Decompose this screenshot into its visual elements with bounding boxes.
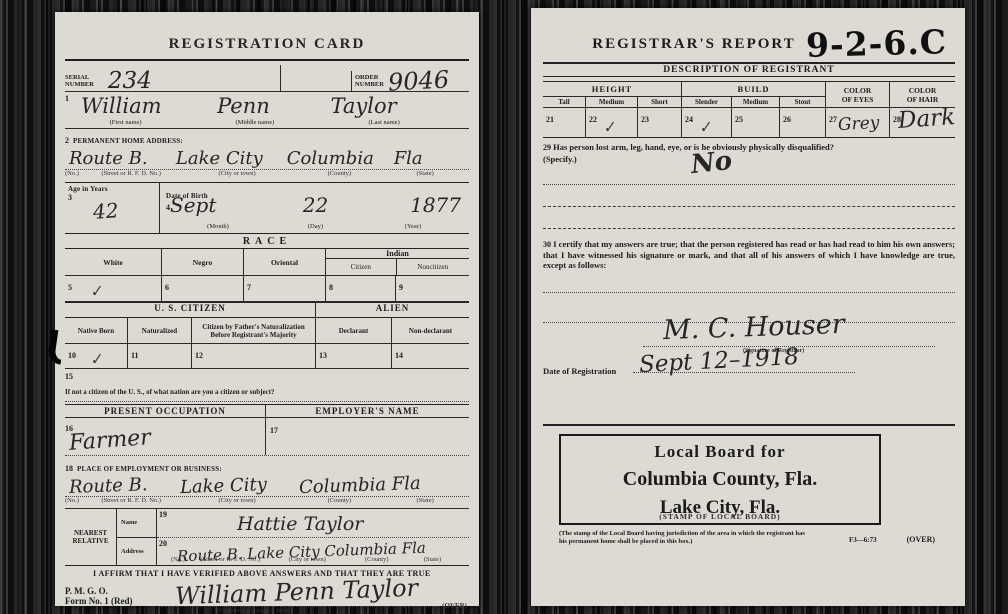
local-board-section: Local Board for Columbia County, Fla. La…	[543, 424, 955, 546]
relative-field-labels: Name Address	[117, 509, 157, 565]
address-city: Lake City	[176, 148, 287, 169]
citizen-column-headers: Native Born Naturalized Citizen by Fathe…	[65, 317, 469, 343]
item29-number: 29	[543, 143, 551, 152]
hair-label-line2: OF HAIR	[907, 95, 939, 104]
last-name-sublabel: (Last name)	[324, 119, 445, 126]
relative-name-label: Name	[117, 509, 156, 538]
citizen-number-14: 14	[395, 351, 403, 360]
occupation-value: Farmer	[68, 425, 151, 456]
place-county-state: Columbia Fla	[298, 473, 420, 498]
hair-cell: 28 Dark	[889, 107, 955, 137]
race-cell-indian-citizen: 8	[325, 276, 395, 301]
address-sublabels: (No.) (Street or R. F. D. No.) (City or …	[65, 170, 469, 179]
registrars-report-card: 9-2-6.C REGISTRAR'S REPORT DESCRIPTION O…	[531, 8, 965, 606]
relative-sublabel-city: (City or town)	[289, 556, 365, 563]
middle-name-sublabel: (Middle name)	[186, 119, 323, 126]
race-number-8: 8	[329, 283, 333, 292]
relative-sublabel-state: (State)	[424, 556, 441, 563]
address-sublabel-county: (County)	[328, 170, 417, 177]
race-cell-negro: 6	[161, 276, 243, 301]
alien-col-non-declarant: Non-declarant	[391, 318, 469, 343]
name-item-number: 1	[65, 94, 69, 103]
serial-label-line1: SERIAL	[65, 74, 94, 81]
registrant-signature: William Penn Taylor	[175, 574, 419, 610]
race-col-white: White	[65, 249, 161, 275]
height-col-medium: Medium	[585, 96, 637, 107]
signature-line	[161, 606, 439, 607]
place-sublabel-county: (County)	[328, 497, 417, 504]
registrar-certification: 30 I certify that my answers are true; t…	[543, 239, 955, 270]
order-number-cell: ORDER NUMBER 9046	[351, 71, 469, 91]
eyes-label-line1: COLOR	[844, 86, 872, 95]
address-handwriting: Route B. Lake City Columbia Fla	[65, 148, 469, 170]
address-state: Fla	[394, 148, 423, 169]
registration-card: REGISTRATION CARD SERIAL NUMBER 234 ORDE…	[55, 12, 479, 606]
race-cell-indian-noncitizen: 9	[395, 276, 469, 301]
dob-sublabels: (Month) (Day) (Year)	[170, 223, 461, 230]
employer-cell: 17	[265, 418, 469, 455]
race-col-indian-noncitizen: Noncitizen	[396, 259, 469, 275]
dob-handwriting: Sept 22 1877	[170, 193, 461, 217]
race-column-headers: White Negro Oriental Indian Citizen Nonc…	[65, 248, 469, 275]
race-col-indian-citizen: Citizen	[326, 259, 396, 275]
date-line	[633, 372, 855, 373]
item15-number: 15	[65, 372, 469, 381]
place-route: Route B.	[69, 473, 181, 498]
build-number-24: 24	[685, 115, 693, 124]
disqualification-question: 29 Has person lost arm, leg, hand, eye, …	[543, 142, 955, 229]
middle-name: Penn	[217, 94, 330, 118]
registration-card-title: REGISTRATION CARD	[65, 36, 469, 53]
item29-specify: (Specify.)	[543, 154, 955, 165]
build-col-slender: Slender	[681, 96, 731, 107]
dob-sublabel-month: (Month)	[170, 223, 266, 230]
relative-address-number: 20	[159, 539, 167, 548]
board-line2: Columbia County, Fla.	[565, 468, 875, 491]
pmgo-line2: Form No. 1 (Red)	[65, 596, 132, 606]
place-item-number: 18	[65, 464, 73, 473]
occupation-cell: 16 Farmer	[65, 418, 265, 455]
order-number-label: ORDER NUMBER	[355, 74, 384, 91]
color-of-eyes-header: COLOR OF EYES	[825, 81, 889, 107]
name-row: 1 William Penn Taylor (First name) (Midd…	[65, 92, 469, 129]
blank-line	[543, 292, 955, 293]
occupation-employer-headers: PRESENT OCCUPATION EMPLOYER'S NAME	[65, 404, 469, 418]
over-label-left: (OVER)	[442, 602, 467, 610]
description-of-registrant-header: DESCRIPTION OF REGISTRANT	[543, 62, 955, 77]
board-line1: Local Board for	[565, 442, 875, 462]
serial-number-cell: SERIAL NUMBER 234	[65, 71, 280, 91]
over-label-right: (OVER)	[907, 530, 935, 544]
build-col-stout: Stout	[779, 96, 825, 107]
height-col-short: Short	[637, 96, 681, 107]
item30-number: 30	[543, 240, 551, 249]
race-number-5: 5	[68, 283, 72, 292]
height-cell-medium: 22 ✓	[585, 107, 637, 137]
date-of-registration-value: Sept 12–1918	[638, 344, 799, 378]
height-col-tall: Tall	[543, 96, 585, 107]
dob-sublabel-year: (Year)	[365, 223, 461, 230]
pmgo-line1: P. M. G. O.	[65, 586, 132, 596]
microfilm-scan: REGISTRATION CARD SERIAL NUMBER 234 ORDE…	[0, 0, 1008, 614]
citizen-number-11: 11	[131, 351, 139, 360]
item30-text: I certify that my answers are true; that…	[543, 239, 955, 270]
blank-line	[543, 185, 955, 207]
build-number-26: 26	[783, 115, 791, 124]
dob-cell: Date of Birth 4 Sept 22 1877 (Month) (Da…	[160, 183, 469, 233]
relative-sublabel-street: (Street or R. F. D. No.)	[200, 556, 288, 563]
address-sublabel-street: (Street or R. F. D. No.)	[101, 170, 218, 177]
place-sublabel-no: (No.)	[65, 497, 101, 504]
race-number-9: 9	[399, 283, 403, 292]
address-sublabel-city: (City or town)	[219, 170, 328, 177]
blank-line	[543, 207, 955, 229]
local-board-stamp-box: Local Board for Columbia County, Fla. La…	[559, 434, 881, 525]
citizen-number-10: 10	[68, 351, 76, 360]
citizen-cell-native-born: 10 ✓	[65, 344, 127, 368]
race-number-6: 6	[165, 283, 169, 292]
address-label-row: 2 PERMANENT HOME ADDRESS:	[65, 130, 469, 148]
race-cell-white: 5 ✓	[65, 276, 161, 301]
first-name: William	[81, 94, 217, 118]
build-cell-stout: 26	[779, 107, 825, 137]
age-cell: Age in Years 3 42	[65, 183, 160, 233]
us-citizen-header: U. S. CITIZEN	[65, 303, 315, 317]
citizen-answer-row: 10 ✓ 11 12 13 14	[65, 343, 469, 369]
relative-address-row: 20 Route B. Lake City Columbia Fla (No.)…	[157, 538, 469, 566]
alien-header: ALIEN	[315, 303, 469, 317]
age-dob-row: Age in Years 3 42 Date of Birth 4 Sept 2…	[65, 182, 469, 234]
hair-color-value: Dark	[897, 104, 956, 134]
build-slender-checkmark: ✓	[700, 117, 713, 138]
order-number-value: 9046	[387, 69, 449, 92]
eyes-color-value: Grey	[838, 113, 880, 135]
place-city: Lake City	[180, 473, 299, 498]
dob-day: 22	[266, 193, 365, 217]
build-group-header: BUILD	[681, 81, 825, 96]
employer-name-header: EMPLOYER'S NAME	[265, 405, 469, 417]
race-number-7: 7	[247, 283, 251, 292]
employer-number: 17	[270, 426, 278, 435]
form-code: F3—6:73	[849, 530, 877, 544]
hair-label-line1: COLOR	[909, 86, 937, 95]
height-number-21: 21	[546, 115, 554, 124]
serial-row-blank-cell	[280, 65, 351, 91]
relative-address-sublabels: (No.) (Street or R. F. D. No.) (City or …	[171, 556, 465, 565]
item29-answer: No	[691, 156, 733, 171]
height-cell-short: 23	[637, 107, 681, 137]
build-cell-slender: 24 ✓	[681, 107, 731, 137]
nearest-relative-label: NEAREST RELATIVE	[65, 509, 117, 565]
dob-month: Sept	[170, 193, 266, 217]
height-group-header: HEIGHT	[543, 81, 681, 96]
race-indian-subcolumns: Citizen Noncitizen	[326, 259, 469, 275]
description-table: HEIGHT BUILD COLOR OF EYES COLOR OF HAIR…	[543, 81, 955, 138]
order-label-line1: ORDER	[355, 74, 384, 81]
eyes-number-27: 27	[829, 115, 837, 124]
citizen-number-12: 12	[195, 351, 203, 360]
board-box-note: (The stamp of the Local Board having jur…	[559, 530, 811, 546]
last-name: Taylor	[330, 94, 396, 118]
stamp-of-local-board-caption: (STAMP OF LOCAL BOARD)	[565, 512, 875, 521]
citizen-cell-by-father: 12	[191, 344, 315, 368]
registrar-signature-zone: M. C. Houser (Signature of Registrar) Da…	[543, 270, 955, 380]
race-col-oriental: Oriental	[243, 249, 325, 275]
address-sublabel-no: (No.)	[65, 170, 101, 177]
place-sublabel-street: (Street or R. F. D. No.)	[101, 497, 218, 504]
place-label: PLACE OF EMPLOYMENT OR BUSINESS:	[77, 465, 222, 473]
relative-name-number: 19	[159, 510, 167, 519]
relative-values: 19 Hattie Taylor 20 Route B. Lake City C…	[157, 509, 469, 565]
signature-sublabel: (Registrant's signature or mark)	[215, 608, 291, 614]
place-sublabels: (No.) (Street or R. F. D. No.) (City or …	[65, 497, 469, 506]
citizen-col-native-born: Native Born	[65, 318, 127, 343]
race-col-indian: Indian	[326, 249, 469, 259]
alien-cell-declarant: 13	[315, 344, 391, 368]
build-number-25: 25	[735, 115, 743, 124]
relative-name-row: 19 Hattie Taylor	[157, 509, 469, 538]
classification-stamp: 9-2-6.C	[805, 22, 947, 65]
order-label-line2: NUMBER	[355, 81, 384, 88]
address-sublabel-state: (State)	[416, 170, 433, 177]
race-cell-oriental: 7	[243, 276, 325, 301]
relative-name-value: Hattie Taylor	[237, 513, 363, 535]
height-number-23: 23	[641, 115, 649, 124]
present-occupation-header: PRESENT OCCUPATION	[65, 405, 265, 417]
race-answer-row: 5 ✓ 6 7 8 9	[65, 275, 469, 302]
height-number-22: 22	[589, 115, 597, 124]
race-col-negro: Negro	[161, 249, 243, 275]
address-county: Columbia	[287, 148, 394, 169]
nearest-label-line2: RELATIVE	[72, 537, 108, 545]
eyes-label-line2: OF EYES	[842, 95, 874, 104]
height-cell-tall: 21	[543, 107, 585, 137]
alien-col-declarant: Declarant	[315, 318, 391, 343]
native-born-checkmark: ✓	[91, 349, 104, 370]
age-label: Age in Years	[68, 185, 156, 193]
place-sublabel-city: (City or town)	[219, 497, 328, 504]
report-footer: (The stamp of the Local Board having jur…	[543, 530, 955, 546]
height-medium-checkmark: ✓	[604, 117, 617, 138]
eyes-cell: 27 Grey	[825, 107, 889, 137]
form-id: P. M. G. O. Form No. 1 (Red)	[65, 586, 132, 606]
registrar-signature: M. C. Houser	[663, 309, 846, 346]
serial-order-row: SERIAL NUMBER 234 ORDER NUMBER 9046	[65, 59, 469, 92]
alien-cell-non-declarant: 14	[391, 344, 469, 368]
nearest-label-line1: NEAREST	[74, 529, 107, 537]
name-sublabels: (First name) (Middle name) (Last name)	[65, 119, 469, 126]
card-footer: P. M. G. O. Form No. 1 (Red) William Pen…	[65, 578, 469, 614]
age-value: 42	[92, 198, 119, 224]
race-section-header: RACE	[65, 234, 469, 248]
race-col-indian-group: Indian Citizen Noncitizen	[325, 249, 469, 275]
relative-sublabel-county: (County)	[365, 556, 424, 563]
citizen-cell-naturalized: 11	[127, 344, 191, 368]
nation-question-row: 15 If not a citizen of the U. S., of wha…	[65, 369, 469, 402]
item15-text: If not a citizen of the U. S., of what n…	[65, 388, 275, 396]
citizen-col-by-father: Citizen by Father's Naturalization Befor…	[191, 318, 315, 343]
place-sublabel-state: (State)	[416, 497, 433, 504]
serial-number-label: SERIAL NUMBER	[65, 74, 94, 91]
blank-line	[543, 164, 955, 185]
occupation-employer-row: 16 Farmer 17	[65, 418, 469, 456]
serial-number-value: 234	[108, 71, 152, 91]
build-cell-medium: 25	[731, 107, 779, 137]
citizen-alien-headers: U. S. CITIZEN ALIEN	[65, 302, 469, 317]
citizen-col-naturalized: Naturalized	[127, 318, 191, 343]
serial-label-line2: NUMBER	[65, 81, 94, 88]
address-route: Route B.	[69, 148, 176, 169]
dob-year: 1877	[365, 193, 461, 217]
first-name-sublabel: (First name)	[65, 119, 186, 126]
color-of-hair-header: COLOR OF HAIR	[889, 81, 955, 107]
address-item-number: 2	[65, 136, 69, 145]
citizen-number-13: 13	[319, 351, 327, 360]
address-label: PERMANENT HOME ADDRESS:	[73, 137, 183, 145]
name-handwriting: William Penn Taylor	[81, 94, 459, 118]
relative-address-label: Address	[117, 538, 156, 566]
date-of-registration-label: Date of Registration	[543, 366, 616, 376]
place-handwriting: Route B. Lake City Columbia Fla	[65, 476, 469, 497]
nearest-relative-block: NEAREST RELATIVE Name Address 19 Hattie …	[65, 508, 469, 566]
build-col-medium: Medium	[731, 96, 779, 107]
race-white-checkmark: ✓	[91, 281, 104, 302]
dob-sublabel-day: (Day)	[266, 223, 365, 230]
relative-sublabel-no: (No.)	[171, 556, 200, 563]
